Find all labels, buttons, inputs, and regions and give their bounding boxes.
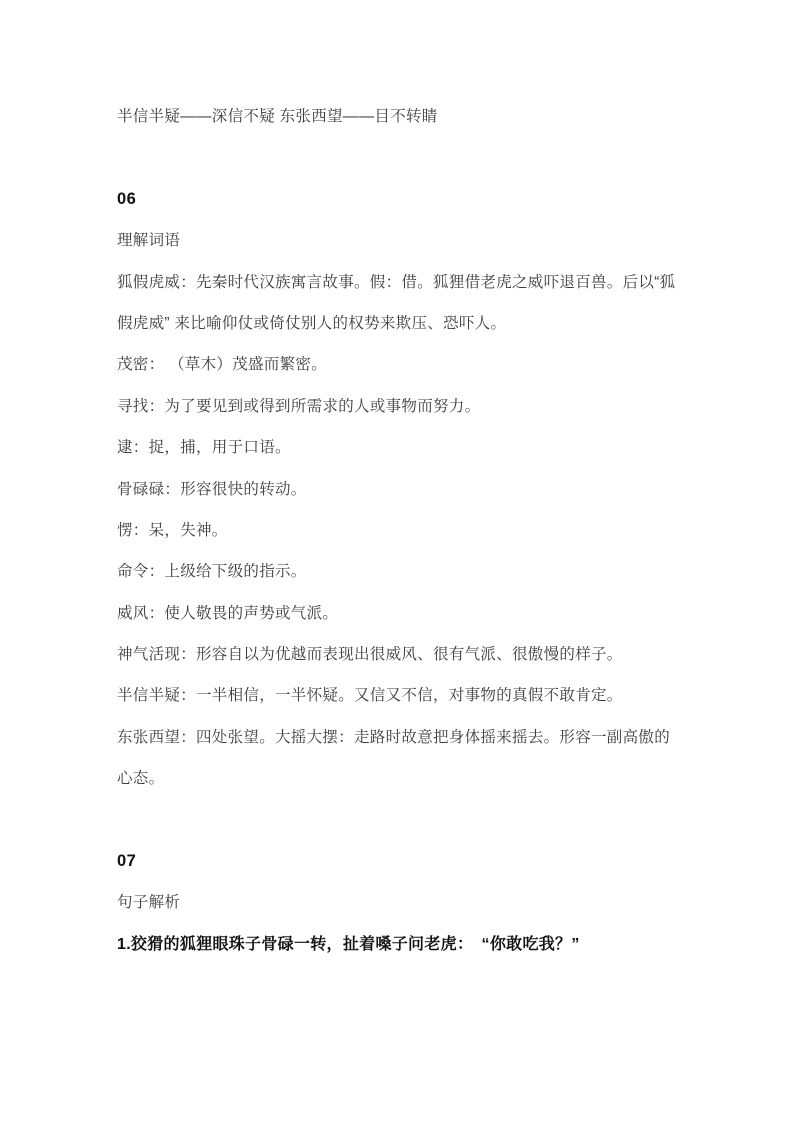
section-07-title: 句子解析 <box>117 892 680 933</box>
definition-line-weifeng: 威风：使人敬畏的声势或气派。 <box>117 603 680 644</box>
section-06-title: 理解词语 <box>117 230 680 271</box>
section-07-number: 07 <box>117 851 680 892</box>
definition-line-mingling: 命令：上级给下级的指示。 <box>117 561 680 602</box>
definition-line-dai: 逮：捉，捕，用于口语。 <box>117 437 680 478</box>
definition-line-hujiahuwei-2: 假虎威” 来比喻仰仗或倚仗别人的权势来欺压、恐吓人。 <box>117 313 680 354</box>
blank-line <box>117 147 680 188</box>
definition-line-hujiahuwei-1: 狐假虎威：先秦时代汉族寓言故事。假：借。狐狸借老虎之威吓退百兽。后以“狐 <box>117 272 680 313</box>
definition-line-shenqihuoxian: 神气活现：形容自以为优越而表现出很威风、很有气派、很傲慢的样子。 <box>117 644 680 685</box>
definition-line-xunzhao: 寻找：为了要见到或得到所需求的人或事物而努力。 <box>117 396 680 437</box>
sentence-analysis-1: 1.狡猾的狐狸眼珠子骨碌一转，扯着嗓子问老虎： “你敢吃我？” <box>117 934 680 975</box>
document-page: 半信半疑——深信不疑 东张西望——目不转睛 06 理解词语 狐假虎威：先秦时代汉… <box>0 0 793 1122</box>
definition-line-xintai: 心态。 <box>117 768 680 809</box>
definition-line-leng: 愣：呆，失神。 <box>117 520 680 561</box>
section-06-number: 06 <box>117 189 680 230</box>
definition-line-maomi: 茂密： （草木）茂盛而繁密。 <box>117 354 680 395</box>
definition-line-banxinbanyi: 半信半疑：一半相信，一半怀疑。又信又不信，对事物的真假不敢肯定。 <box>117 685 680 726</box>
definition-line-dongzhangxiwang: 东张西望：四处张望。大摇大摆：走路时故意把身体摇来摇去。形容一副高傲的 <box>117 727 680 768</box>
document-content: 半信半疑——深信不疑 东张西望——目不转睛 06 理解词语 狐假虎威：先秦时代汉… <box>117 106 680 975</box>
blank-line <box>117 810 680 851</box>
definition-line-gululu: 骨碌碌：形容很快的转动。 <box>117 479 680 520</box>
synonym-pairs-line: 半信半疑——深信不疑 东张西望——目不转睛 <box>117 106 680 147</box>
